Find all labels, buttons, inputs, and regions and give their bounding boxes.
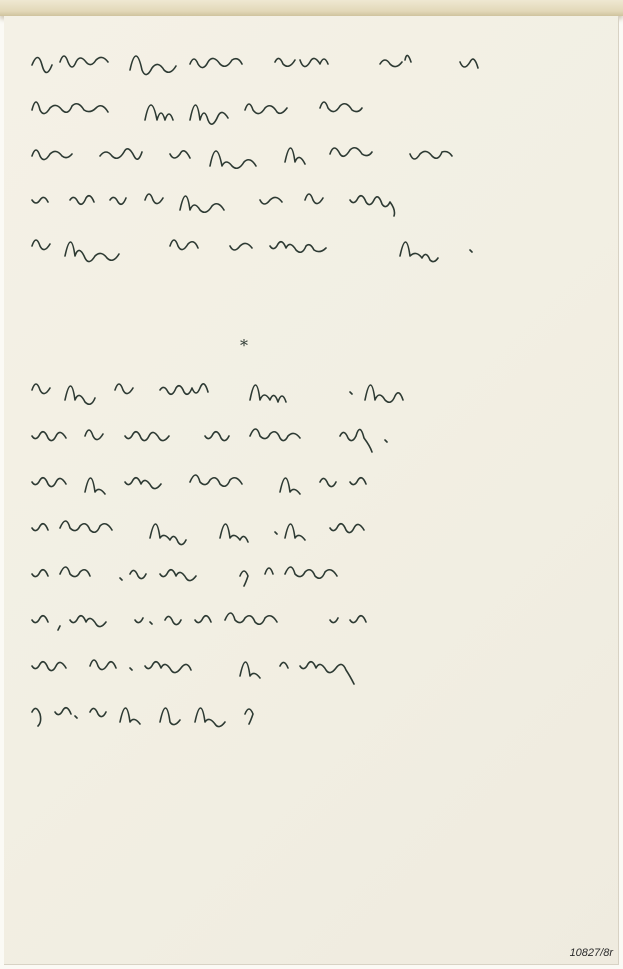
handwritten-line: [handwritten line 12] [30,644,610,684]
notebook-binding [0,0,623,16]
catalog-number: 10827/8r [570,947,613,959]
handwritten-line: [handwritten line 1] [30,40,530,80]
handwritten-line: [handwritten line 4] [30,178,590,218]
handwritten-line: [handwritten line 10] [30,552,610,592]
handwritten-line: [handwritten line 3] [30,132,590,172]
handwritten-line: [handwritten line 13] [30,690,610,730]
handwritten-line: [handwritten line 2] [30,86,530,126]
handwritten-line: [handwritten line 9] [30,506,610,546]
handwritten-line: [handwritten line 7] [30,414,610,454]
handwritten-line: [handwritten line 8] [30,460,610,500]
handwritten-line: [handwritten line 5] [30,224,610,264]
handwritten-line: [handwritten line 11] [30,598,610,638]
section-separator-asterisk: * [240,336,248,355]
handwritten-line: [handwritten line 6] [30,368,610,408]
